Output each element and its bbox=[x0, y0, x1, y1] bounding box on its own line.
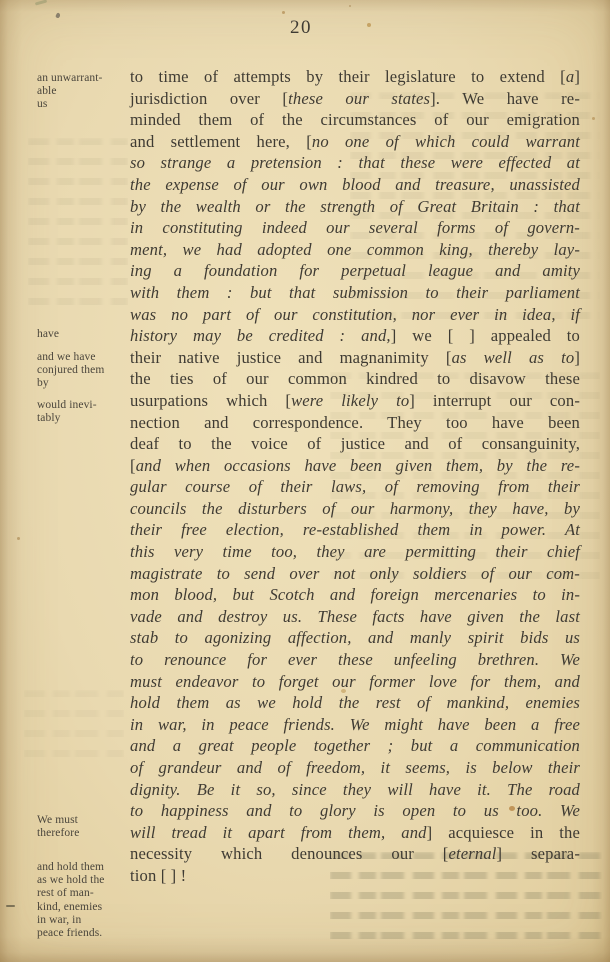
margin-note-line: peace friends. bbox=[37, 927, 129, 940]
margin-note-line: able bbox=[37, 85, 129, 98]
body-line: was no part of our constitution, nor eve… bbox=[130, 304, 580, 326]
text-segment: jurisdiction over [ bbox=[130, 89, 288, 108]
body-line: to happiness and to glory is open to us … bbox=[130, 800, 580, 822]
body-line: mon blood, but Scotch and foreign mercen… bbox=[130, 584, 580, 606]
body-line: vade and destroy us. These facts have gi… bbox=[130, 606, 580, 628]
foxing-spot bbox=[282, 11, 285, 14]
text-segment: ] separa- bbox=[497, 844, 580, 863]
margin-note-line: rest of man- bbox=[37, 887, 129, 900]
text-segment: to time of attempts by their legislature… bbox=[130, 67, 566, 86]
body-line: so strange a pretension : that these wer… bbox=[130, 152, 580, 174]
margin-notes-column: an unwarrant-ableushaveand we haveconjur… bbox=[0, 0, 130, 962]
body-line: gular course of their laws, of removing … bbox=[130, 476, 580, 498]
text-segment: ing a foundation for perpetual league an… bbox=[130, 261, 580, 280]
text-segment: magistrate to send over not only soldier… bbox=[130, 564, 580, 583]
margin-note-line: conjured them bbox=[37, 364, 129, 377]
margin-note-line: have bbox=[37, 328, 129, 341]
body-line: councils the disturbers of our harmony, … bbox=[130, 498, 580, 520]
margin-note-line: an unwarrant- bbox=[37, 72, 129, 85]
text-segment: nection and correspondence. They too hav… bbox=[130, 413, 580, 432]
margin-note: and we haveconjured themby bbox=[37, 351, 129, 391]
body-line: dignity. Be it so, since they will have … bbox=[130, 779, 580, 801]
margin-note-line: would inevi- bbox=[37, 399, 129, 412]
body-line: in war, in peace friends. We might have … bbox=[130, 714, 580, 736]
text-segment: the expense of our own blood and treasur… bbox=[130, 175, 580, 194]
body-line: ing a foundation for perpetual league an… bbox=[130, 260, 580, 282]
margin-note: We musttherefore bbox=[37, 814, 129, 840]
text-segment: mon blood, but Scotch and foreign mercen… bbox=[130, 585, 580, 604]
margin-note-line: by bbox=[37, 377, 129, 390]
body-line: to renounce for ever these unfeeling bre… bbox=[130, 649, 580, 671]
margin-note-line: We must bbox=[37, 814, 129, 827]
text-segment: their free election, re-established them… bbox=[130, 520, 580, 539]
body-line: minded them of the circumstances of our … bbox=[130, 109, 580, 131]
text-segment: this very time too, they are permitting … bbox=[130, 542, 580, 561]
body-line: the ties of our common kindred to disavo… bbox=[130, 368, 580, 390]
text-segment: by the wealth or the strength of Great B… bbox=[130, 197, 580, 216]
body-line: by the wealth or the strength of Great B… bbox=[130, 196, 580, 218]
margin-note: would inevi-tably bbox=[37, 399, 129, 425]
margin-note-line: and hold them bbox=[37, 861, 129, 874]
text-segment: were likely to bbox=[291, 391, 409, 410]
body-line: and a great people together ; but a comm… bbox=[130, 735, 580, 757]
foxing-spot bbox=[367, 23, 371, 27]
text-segment: deaf to the voice of justice and of cons… bbox=[130, 434, 580, 453]
text-segment: in war, in peace friends. We might have … bbox=[130, 715, 580, 734]
body-line: in constituting indeed our several forms… bbox=[130, 217, 580, 239]
text-segment: and settlement here, [ bbox=[130, 132, 312, 151]
body-line: of grandeur and of freedom, it seems, is… bbox=[130, 757, 580, 779]
text-segment: usurpations which [ bbox=[130, 391, 291, 410]
text-segment: ] bbox=[574, 67, 580, 86]
text-segment: history may be credited : and, bbox=[130, 326, 391, 345]
margin-note-line: in war, in bbox=[37, 914, 129, 927]
margin-note-line: therefore bbox=[37, 827, 129, 840]
text-segment: ment, we had adopted one common king, th… bbox=[130, 240, 580, 259]
body-line: with them : but that submission to their… bbox=[130, 282, 580, 304]
text-segment: necessity which denounces our [ bbox=[130, 844, 448, 863]
body-line: magistrate to send over not only soldier… bbox=[130, 563, 580, 585]
text-segment: to happiness and to glory is open to us … bbox=[130, 801, 580, 820]
body-line: nection and correspondence. They too hav… bbox=[130, 412, 580, 434]
body-text: to time of attempts by their legislature… bbox=[130, 66, 580, 887]
body-line: their free election, re-established them… bbox=[130, 519, 580, 541]
text-segment: tion [ ] ! bbox=[130, 866, 186, 885]
text-segment: eternal bbox=[448, 844, 496, 863]
body-line: stab to agonizing affection, and manly s… bbox=[130, 627, 580, 649]
text-segment: councils the disturbers of our harmony, … bbox=[130, 499, 580, 518]
margin-note-line: as we hold the bbox=[37, 874, 129, 887]
text-segment: and when occasions have been given them,… bbox=[136, 456, 580, 475]
body-line: this very time too, they are permitting … bbox=[130, 541, 580, 563]
margin-note: have bbox=[37, 328, 129, 341]
body-line: deaf to the voice of justice and of cons… bbox=[130, 433, 580, 455]
text-segment: minded them of the circumstances of our … bbox=[130, 110, 580, 129]
text-segment: gular course of their laws, of removing … bbox=[130, 477, 580, 496]
margin-note: and hold themas we hold therest of man-k… bbox=[37, 861, 129, 940]
text-segment: in constituting indeed our several forms… bbox=[130, 218, 580, 237]
text-segment: ] interrupt our con- bbox=[409, 391, 580, 410]
text-segment: will tread it apart from them, and bbox=[130, 823, 427, 842]
text-segment: ] acquiesce in the bbox=[427, 823, 580, 842]
text-segment: must endeavor to forget our former love … bbox=[130, 672, 580, 691]
body-line: to time of attempts by their legislature… bbox=[130, 66, 580, 88]
body-line: history may be credited : and,] we [ ] a… bbox=[130, 325, 580, 347]
body-line: [and when occasions have been given them… bbox=[130, 455, 580, 477]
body-line: ment, we had adopted one common king, th… bbox=[130, 239, 580, 261]
book-page: 20 an unwarrant-ableushaveand we havecon… bbox=[0, 0, 610, 962]
text-segment: no one of which could warrant bbox=[312, 132, 580, 151]
body-line: must endeavor to forget our former love … bbox=[130, 671, 580, 693]
text-segment: ]. We have re- bbox=[430, 89, 580, 108]
text-segment: ] bbox=[574, 348, 580, 367]
text-segment: vade and destroy us. These facts have gi… bbox=[130, 607, 580, 626]
margin-note-line: and we have bbox=[37, 351, 129, 364]
foxing-spot bbox=[592, 117, 595, 120]
margin-note-line: us bbox=[37, 98, 129, 111]
body-line: necessity which denounces our [eternal] … bbox=[130, 843, 580, 865]
text-segment: these our states bbox=[288, 89, 430, 108]
body-line: the expense of our own blood and treasur… bbox=[130, 174, 580, 196]
margin-note: an unwarrant-ableus bbox=[37, 72, 129, 112]
text-segment: with them : but that submission to their… bbox=[130, 283, 580, 302]
body-line: usurpations which [were likely to] inter… bbox=[130, 390, 580, 412]
text-segment: so strange a pretension : that these wer… bbox=[130, 153, 580, 172]
body-line: tion [ ] ! bbox=[130, 865, 580, 887]
text-segment: of grandeur and of freedom, it seems, is… bbox=[130, 758, 580, 777]
margin-note-line: kind, enemies bbox=[37, 901, 129, 914]
text-segment: the ties of our common kindred to disavo… bbox=[130, 369, 580, 388]
text-segment: as well as to bbox=[452, 348, 575, 367]
text-segment: and a great people together ; but a comm… bbox=[130, 736, 580, 755]
text-segment: dignity. Be it so, since they will have … bbox=[130, 780, 580, 799]
text-segment: to renounce for ever these unfeeling bre… bbox=[130, 650, 580, 669]
margin-note-line: tably bbox=[37, 412, 129, 425]
text-segment: their native justice and magnanimity [ bbox=[130, 348, 452, 367]
body-line: and settlement here, [no one of which co… bbox=[130, 131, 580, 153]
body-line: will tread it apart from them, and] acqu… bbox=[130, 822, 580, 844]
text-segment: stab to agonizing affection, and manly s… bbox=[130, 628, 580, 647]
foxing-spot bbox=[349, 5, 351, 7]
text-segment: hold them as we hold the rest of mankind… bbox=[130, 693, 580, 712]
body-line: their native justice and magnanimity [as… bbox=[130, 347, 580, 369]
text-segment: ] we [ ] appealed to bbox=[391, 326, 580, 345]
body-line: jurisdiction over [these our states]. We… bbox=[130, 88, 580, 110]
body-line: hold them as we hold the rest of mankind… bbox=[130, 692, 580, 714]
text-segment: was no part of our constitution, nor eve… bbox=[130, 305, 580, 324]
